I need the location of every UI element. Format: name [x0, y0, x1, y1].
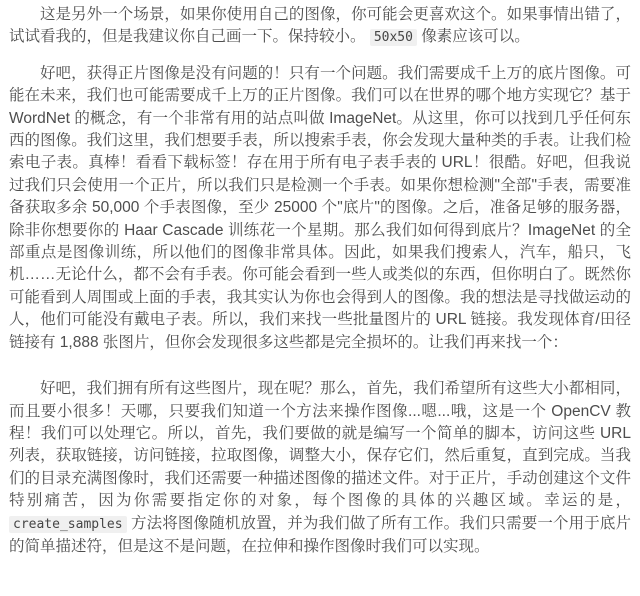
text-run: 好吧，我们拥有所有这些图片，现在呢？那么，首先，我们希望所有这些大小都相同，而且… [9, 380, 631, 509]
text-run: 好吧，获得正片图像是没有问题的！只有一个问题。我们需要成千上万的底片图像。可能在… [9, 65, 631, 351]
text-run: 这是另外一个场景，如果你使用自己的图像，你可能会更喜欢这个。如果事情出错了，试试… [9, 6, 631, 45]
paragraph-imagenet: 好吧，获得正片图像是没有问题的！只有一个问题。我们需要成千上万的底片图像。可能在… [9, 63, 631, 354]
paragraph-image-processing: 好吧，我们拥有所有这些图片，现在呢？那么，首先，我们希望所有这些大小都相同，而且… [9, 378, 631, 558]
inline-code: 50x50 [370, 29, 417, 46]
paragraph-own-images: 这是另外一个场景，如果你使用自己的图像，你可能会更喜欢这个。如果事情出错了，试试… [9, 4, 631, 50]
article-page: 这是另外一个场景，如果你使用自己的图像，你可能会更喜欢这个。如果事情出错了，试试… [0, 0, 640, 596]
inline-code: create_samples [9, 516, 127, 533]
text-run: 像素应该可以。 [417, 28, 530, 45]
